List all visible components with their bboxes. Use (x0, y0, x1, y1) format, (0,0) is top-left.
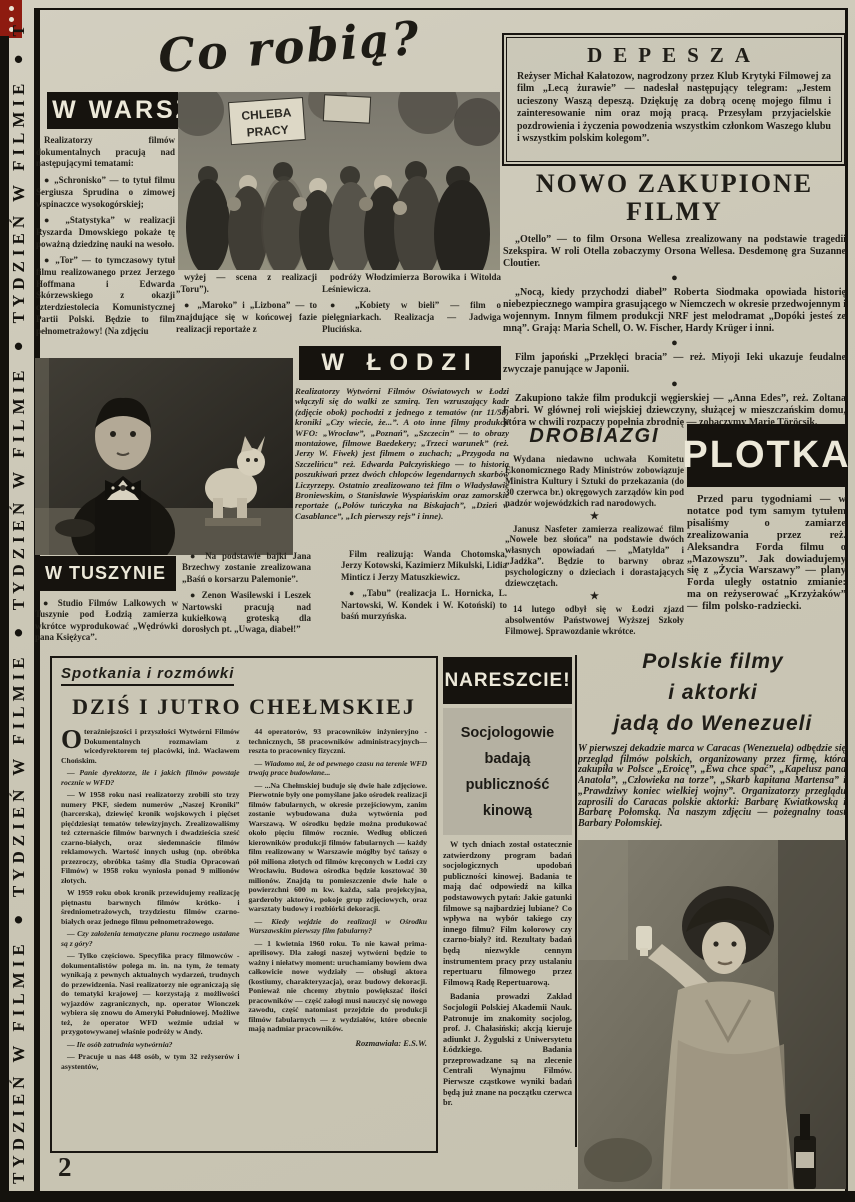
paragraph: „Nocą, kiedy przychodzi diabeł” Roberta … (503, 287, 846, 335)
wenezuela-title: Polskie filmy i aktorki jadą do Wenezuel… (585, 646, 841, 739)
paragraph: Film japoński „Przeklęci bracia” — reż. … (503, 352, 846, 376)
article-signature: Rozmawiała: E.S.W. (249, 1038, 428, 1049)
paragraph: ● „Tor” — to tymczasowy tytuł filmu real… (36, 255, 175, 337)
nowe-filmy-heading-line1: NOWO ZAKUPIONE (503, 170, 846, 198)
nareszcie-subhead-box: Socjologowie badają publiczność kinową (443, 708, 572, 835)
wenezuela-title-line3: jadą do Wenezueli (585, 708, 841, 739)
paragraph: podróży Włodzimierza Borowika i Witolda … (322, 272, 501, 295)
crowd-demonstration-photo: CHLEBA PRACY (178, 92, 500, 270)
paragraph: Realizatorzy filmów dokumentalnych pracu… (36, 135, 175, 170)
column-divider-rule (575, 655, 577, 1147)
paragraph: ● „Maroko” i „Lizbona” — to znajdujące s… (176, 300, 317, 335)
chelmska-title: DZIŚ I JUTRO CHEŁMSKIEJ (61, 694, 427, 720)
nowe-filmy-heading-line2: FILMY (503, 198, 846, 226)
plotka-body: Przed paru tygodniami — w notatce pod ty… (687, 494, 846, 646)
star-separator: ★ (505, 510, 684, 523)
interview-question: — Wiadomo mi, że od pewnego czasu na ter… (249, 759, 428, 778)
interview-question: — Czy założenia tematyczne planu roczneg… (61, 929, 240, 948)
frame-bottom-bar (0, 1191, 855, 1202)
paragraph: — W 1958 roku nasi realizatorzy zrobili … (61, 790, 240, 885)
drobiazgi-heading: DROBIAZGI (505, 424, 684, 448)
drobiazgi-section: DROBIAZGI Wydana niedawno uchwała Komite… (505, 424, 684, 646)
warszawie-column-3: podróży Włodzimierza Borowika i Witolda … (322, 272, 501, 348)
depesza-box: DEPESZA Reżyser Michał Kałatozow, nagrod… (502, 33, 846, 166)
sidebar-vertical-title: TYDZIEŃ W FILMIE ● TYDZIEŃ W FILMIE ● TY… (3, 24, 35, 1184)
bullet-separator: ● (503, 337, 846, 350)
chelmska-column-2: 44 operatorów, 93 pracowników inżynieryj… (249, 727, 428, 1074)
depesza-body: Reżyser Michał Kałatozow, nagrodzony prz… (517, 71, 831, 145)
interview-question: — Kiedy wejdzie do realizacji w Ośrodku … (249, 917, 428, 936)
interview-question: — Panie dyrektorze, ile i jakich filmów … (61, 768, 240, 787)
page-script-title: Co robią? (156, 8, 449, 84)
wenezuela-body: W pierwszej dekadzie marca w Caracas (We… (578, 744, 846, 838)
paragraph: teraźniejszości i przyszłości Wytwórni F… (61, 727, 240, 765)
section-heading-tuszynie: W TUSZYNIE (35, 556, 176, 591)
paragraph: Wydana niedawno uchwała Komitetu Ekonomi… (505, 454, 684, 509)
paragraph: 14 lutego odbył się w Łodzi zjazd absolw… (505, 604, 684, 637)
lodzi-body: Realizatorzy Wytwórni Filmów Oświatowych… (295, 386, 509, 562)
chelmska-column-1: Oteraźniejszości i przyszłości Wytwórni … (61, 727, 240, 1074)
wenezuela-title-line2: i aktorki (585, 677, 841, 708)
kitsch-mannequin-photo (35, 358, 293, 555)
tuszynie-column-1: ● Studio Filmów Lalkowych w Tuszynie pod… (35, 598, 178, 654)
paragraph: 44 operatorów, 93 pracowników inżynieryj… (249, 727, 428, 756)
paragraph: Film realizują: Wanda Chotomska, Jerzy K… (341, 549, 507, 583)
bullet-separator: ● (503, 272, 846, 285)
paragraph: Janusz Nasfeter zamierza realizować film… (505, 524, 684, 589)
star-separator: ★ (505, 590, 684, 603)
wenezuela-title-line1: Polskie filmy (585, 646, 841, 677)
paragraph: ● Zenon Wasilewski i Leszek Nartowski pr… (182, 590, 311, 636)
paragraph: W 1959 roku obok kronik przewidujemy rea… (61, 888, 240, 926)
nareszcie-heading: NARESZCIE! (443, 657, 572, 704)
paragraph: — Pracuje u nas 448 osób, w tym 32 reżys… (61, 1052, 240, 1071)
warszawie-column-1: Realizatorzy filmów dokumentalnych pracu… (36, 135, 175, 347)
depesza-heading: DEPESZA (517, 42, 831, 68)
paragraph: Badania prowadzi Zakład Socjologii Polsk… (443, 992, 572, 1109)
paragraph: ● „Tabu” (realizacja L. Hornicka, L. Nar… (341, 588, 507, 622)
paragraph: — Tylko częściowo. Specyfika pracy filmo… (61, 951, 240, 1037)
nowe-filmy-section: NOWO ZAKUPIONE FILMY „Otello” — to film … (503, 170, 846, 432)
interview-question: — Ile osób zatrudnia wytwórnia? (61, 1040, 240, 1050)
paragraph: ● „Schronisko” — to tytuł filmu Sergiusz… (36, 175, 175, 210)
drop-cap: O (61, 727, 82, 751)
paragraph: Przed paru tygodniami — w notatce pod ty… (687, 494, 846, 613)
paragraph: W tych dniach został ostatecznie zatwier… (443, 840, 572, 988)
paragraph: ● „Kobiety w bieli” — film o pielęgniark… (322, 300, 501, 335)
paragraph: „Otello” — to film Orsona Wellesa zreali… (503, 234, 846, 270)
page-number: 2 (58, 1152, 72, 1182)
nareszcie-body: W tych dniach został ostatecznie zatwier… (443, 840, 572, 1145)
paragraph: ● Na podstawie bajki Jana Brzechwy zosta… (182, 551, 311, 585)
paragraph: — ...Na Chełmskiej buduje się dwie hale … (249, 781, 428, 914)
paragraph: ● Studio Filmów Lalkowych w Tuszynie pod… (35, 598, 178, 644)
warszawie-column-2: wyżej — scena z realizacji „Toru”). ● „M… (176, 272, 317, 348)
protest-sign: CHLEBA PRACY (229, 98, 306, 145)
tuszynie-column-2: ● Na podstawie bajki Jana Brzechwy zosta… (182, 551, 311, 655)
chelmska-article-box: Spotkania i rozmówki DZIŚ I JUTRO CHEŁMS… (50, 656, 438, 1153)
plotka-heading: PLOTKA (687, 424, 846, 487)
actress-toast-photo (578, 840, 846, 1189)
magazine-page: TYDZIEŃ W FILMIE ● TYDZIEŃ W FILMIE ● TY… (0, 0, 855, 1202)
bullet-separator: ● (503, 378, 846, 391)
section-heading-lodzi: W ŁODZI (299, 346, 501, 380)
depesza-inner-frame: DEPESZA Reżyser Michał Kałatozow, nagrod… (506, 37, 842, 162)
tuszynie-column-3: Film realizują: Wanda Chotomska, Jerzy K… (341, 549, 507, 653)
article-kicker: Spotkania i rozmówki (61, 665, 234, 686)
sign-text-line2: PRACY (246, 123, 289, 140)
paragraph: — 1 kwietnia 1960 roku. To nie kawał pri… (249, 939, 428, 1034)
paragraph: wyżej — scena z realizacji „Toru”). (176, 272, 317, 295)
paragraph: ● „Statystyka” w realizacji Ryszarda Dmo… (36, 215, 175, 250)
